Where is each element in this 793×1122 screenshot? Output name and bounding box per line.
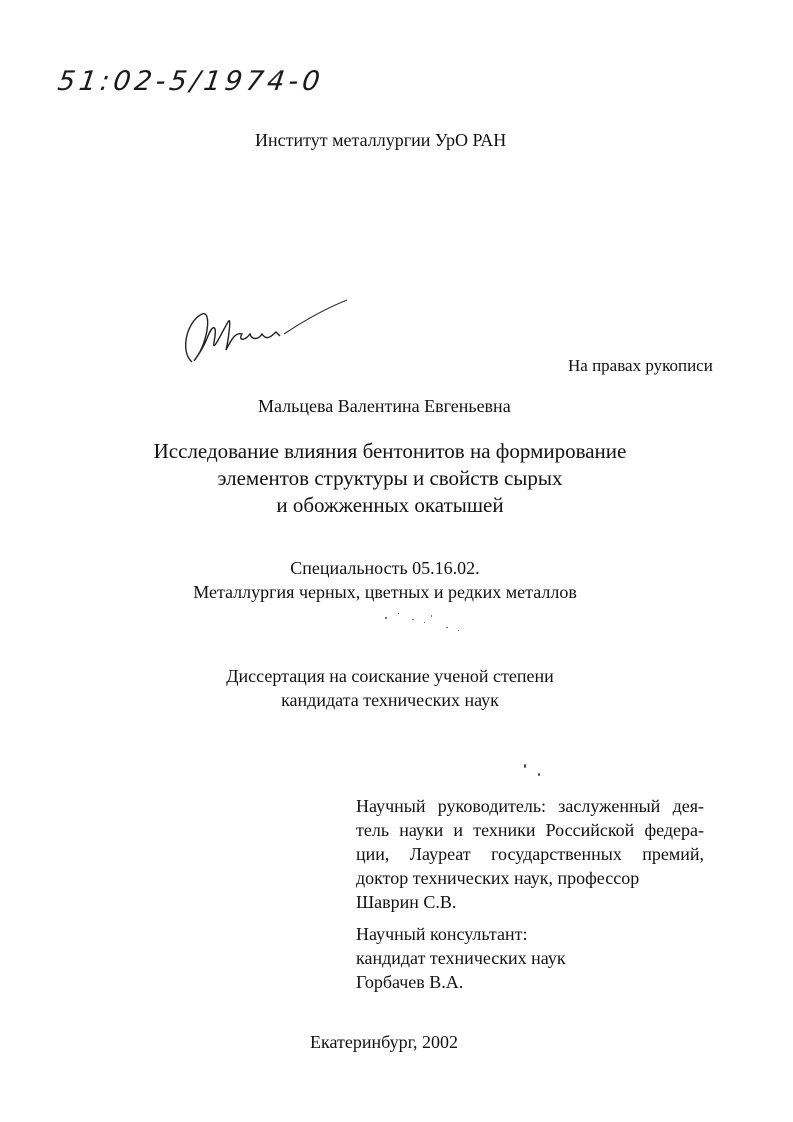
degree-block: Диссертация на соискание ученой степени … [170,664,610,712]
title-line: и обожженных окатышей [130,492,650,519]
scientific-consultant: Научный консультант: кандидат технически… [356,922,704,994]
author-name: Мальцева Валентина Евгеньевна [258,396,511,417]
degree-line: кандидата технических наук [170,688,610,712]
handwritten-archive-code: 51:02-5/1974-0 [56,66,326,97]
consultant-name: Горбачев В.А. [356,970,704,994]
city-year: Екатеринбург, 2002 [310,1032,458,1053]
specialty-name: Металлургия черных, цветных и редких мет… [150,580,620,604]
specialty-code: Специальность 05.16.02. [150,556,620,580]
scientific-supervisor: Научный руководитель: заслуженный дея- т… [356,794,704,914]
degree-line: Диссертация на соискание ученой степени [170,664,610,688]
specialty-block: Специальность 05.16.02. Металлургия черн… [150,556,620,604]
supervisor-name: Шаврин С.В. [356,890,704,914]
supervisor-line: доктор технических наук, профессор [356,866,704,890]
supervisor-line: ции, Лауреат государственных премий, [356,842,704,866]
consultant-line: Научный консультант: [356,922,704,946]
title-line: элементов структуры и свойств сырых [130,465,650,492]
manuscript-rights-label: На правах рукописи [568,356,713,376]
supervisor-line: тель науки и техники Российской федера- [356,818,704,842]
consultant-line: кандидат технических наук [356,946,704,970]
dissertation-title: Исследование влияния бентонитов на форми… [130,438,650,519]
title-line: Исследование влияния бентонитов на форми… [130,438,650,465]
supervisor-line: Научный руководитель: заслуженный дея- [356,794,704,818]
signature-icon [172,292,352,372]
institute-name: Институт металлургии УрО РАН [255,130,506,151]
